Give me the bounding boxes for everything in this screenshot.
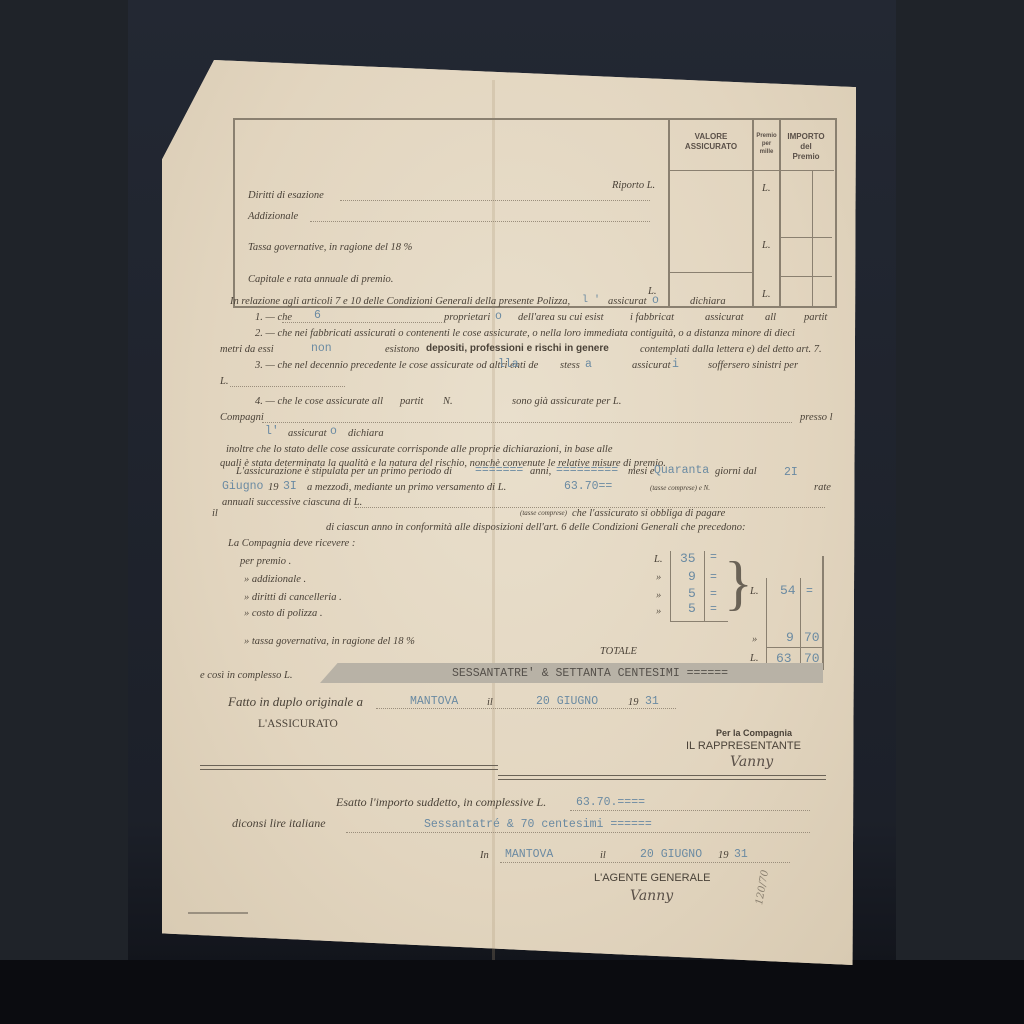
period-il: il [212, 508, 218, 519]
col-divider [812, 170, 813, 306]
fill-line [570, 810, 810, 811]
period-month-fill: Giugno [222, 480, 263, 493]
box-line [704, 551, 705, 621]
item3-fill1: lla [498, 358, 519, 371]
row-divider [780, 276, 832, 277]
diritti-cents: = [710, 588, 717, 601]
double-rule [200, 765, 498, 770]
header-valore-assicurato: VALOREASSICURATO [672, 132, 750, 152]
receipt-year-prefix: 19 [718, 850, 729, 861]
fill-line [230, 386, 345, 387]
printer-imprint [188, 912, 248, 914]
label-assicurat: assicurat [608, 296, 647, 307]
item1-fill2: o [495, 310, 502, 323]
item3-stess: stess [560, 360, 580, 371]
fill-line [346, 832, 810, 833]
premio-value: 35 [680, 551, 696, 566]
breakdown-tassa: » tassa governativa, in ragione del 18 % [244, 636, 415, 647]
fill-line [262, 422, 792, 423]
marker: » [656, 572, 661, 583]
rappresentante-signature: Vanny [730, 754, 773, 770]
item2-bold: depositi, professioni e rischi in genere [426, 343, 609, 354]
marker: L. [750, 653, 758, 664]
addizionale-cents: = [710, 571, 717, 584]
period-rate: rate [814, 482, 831, 493]
in-words-label: e così in complesso L. [200, 670, 292, 681]
period-ciascun-anno: di ciascun anno in conformità alle dispo… [326, 522, 745, 533]
item4-presso: presso l [800, 412, 833, 423]
item2-text: 2. — che nei fabbricati assicurati o con… [255, 328, 795, 339]
agente-generale-label: L'AGENTE GENERALE [594, 872, 710, 884]
declarations-intro: In relazione agli articoli 7 e 10 delle … [230, 296, 570, 307]
breakdown-premio: per premio . [240, 556, 291, 567]
period-text: L'assicurazione è stipulata per un primo… [236, 466, 452, 477]
item3-l: L. [220, 376, 228, 387]
per-compagnia-label: Per la Compagnia [716, 728, 792, 738]
dotted-leader [310, 221, 650, 222]
addizionale-value: 9 [688, 569, 696, 584]
premio-cents: = [710, 551, 717, 564]
breakdown-diritti: » diritti di cancelleria . [244, 592, 342, 603]
item3-sinistri: soffersero sinistri per [708, 360, 798, 371]
receipt-city: MANTOVA [505, 848, 553, 861]
fill-l: l ' [582, 295, 600, 306]
item1-fabbricat: i fabbricat [630, 312, 674, 323]
item1-assicurat: assicurat [705, 312, 744, 323]
receipt-il: il [600, 850, 606, 861]
amount-in-words: SESSANTATRE' & SETTANTA CENTESIMI ====== [452, 667, 728, 680]
item1-fill: 6 [314, 309, 321, 322]
item2-contemplati: contemplati dalla lettera e) del detto a… [640, 344, 822, 355]
item4-n: N. [443, 396, 453, 407]
row-addizionale: Addizionale [248, 211, 298, 222]
row-tassa-governative: Tassa governative, in ragione del 18 % [248, 242, 412, 253]
marker: » [656, 590, 661, 601]
period-versamento-fill: 63.70== [564, 480, 612, 493]
assicurato-label: L'ASSICURATO [258, 718, 338, 730]
header-importo-premio: IMPORTOdelPremio [781, 132, 831, 162]
box-line [800, 578, 801, 670]
item4-compagni: Compagni [220, 412, 264, 423]
breakdown-addizionale: » addizionale . [244, 574, 306, 585]
dotted-leader [340, 200, 650, 201]
item3-fill2: a [585, 358, 592, 371]
marker: » [656, 606, 661, 617]
fill-line [500, 862, 790, 863]
item2-esistono: esistono [385, 344, 419, 355]
period-mesi: mesi e [628, 466, 655, 477]
signing-city: MANTOVA [410, 695, 458, 708]
item2-fill-non: non [311, 342, 332, 355]
currency-l: L. [762, 289, 770, 300]
col-divider [668, 118, 670, 306]
item4-assicurat: assicurat [288, 428, 327, 439]
item4-inoltre: inoltre che lo stato delle cose assicura… [226, 444, 613, 455]
row-diritti-esazione: Diritti di esazione [248, 190, 324, 201]
item4-fill: l' [265, 425, 279, 438]
signing-il: il [487, 697, 493, 708]
currency-l: L. [762, 240, 770, 251]
period-giorni: giorni dal [715, 466, 757, 477]
table-surface [0, 960, 1024, 1024]
fill-o: o [652, 294, 659, 307]
box-line [670, 621, 728, 622]
diconsi-label: diconsi lire italiane [232, 816, 326, 831]
item3-text: 3. — che nel decennio precedente le cose… [255, 360, 538, 371]
label-dichiara: dichiara [690, 296, 726, 307]
period-day-fill: 2I [784, 466, 798, 479]
rappresentante-label: IL RAPPRESENTANTE [686, 740, 801, 752]
period-tasse: (tasse comprese) e N. [650, 484, 710, 492]
item1-area: dell'area su cui esist [518, 312, 604, 323]
item3-fill3: i [672, 358, 679, 371]
fill-line [282, 322, 442, 323]
esatto-value: 63.70.==== [576, 796, 645, 809]
period-obbliga: che l'assicurato si obbliga di pagare [572, 508, 725, 519]
signing-year: 31 [645, 695, 659, 708]
tax-cents: 70 [804, 630, 820, 645]
period-mezzodi: a mezzodì, mediante un primo versamento … [307, 482, 506, 493]
costo-cents: = [710, 603, 717, 616]
marker: L. [654, 554, 662, 565]
marker: L. [750, 586, 758, 597]
riporto-label: Riporto L. [612, 180, 655, 191]
agente-signature: Vanny [630, 888, 673, 904]
total-label: TOTALE [600, 646, 637, 657]
marker: » [752, 634, 757, 645]
diconsi-value: Sessantatré & 70 centesimi ====== [424, 818, 652, 831]
box-line [766, 578, 767, 670]
fatto-label: Fatto in duplo originale a [228, 694, 363, 710]
double-rule [498, 775, 826, 780]
signing-year-prefix: 19 [628, 697, 639, 708]
diritti-value: 5 [688, 586, 696, 601]
row-divider [780, 237, 832, 238]
period-tasse2: (tasse comprese) [520, 509, 567, 517]
period-year-prefix: 19 [268, 482, 279, 493]
receipt-date: 20 GIUGNO [640, 848, 702, 861]
breakdown-costo: » costo di polizza . [244, 608, 322, 619]
item4-partit: partit [400, 396, 423, 407]
row-divider [670, 272, 752, 273]
box-line [822, 556, 824, 670]
period-anni-fill: ======= [475, 464, 523, 477]
box-line [670, 551, 671, 621]
receipt-year: 31 [734, 848, 748, 861]
item4-dichiara: dichiara [348, 428, 384, 439]
period-annuali: annuali successive ciascuna di L. [222, 497, 362, 508]
costo-value: 5 [688, 601, 696, 616]
row-capitale-rata: Capitale e rata annuale di premio. [248, 274, 393, 285]
item4-fill2: o [330, 425, 337, 438]
period-year-fill: 3I [283, 480, 297, 493]
item4-assicurate-per: sono già assicurate per L. [512, 396, 621, 407]
breakdown-heading: La Compagnia deve ricevere : [228, 538, 355, 549]
esatto-label: Esatto l'importo suddetto, in complessiv… [336, 795, 546, 810]
box-line [766, 647, 823, 648]
subtotal-value: 54 [780, 583, 796, 598]
item1-all: all [765, 312, 776, 323]
tax-value: 9 [786, 630, 794, 645]
receipt-in-label: In [480, 850, 489, 861]
period-giorni-fill: Quaranta [654, 464, 709, 477]
period-mesi-fill: ========= [556, 464, 618, 477]
header-premio-per-mille: Premiopermille [754, 132, 779, 156]
period-anni: anni, [530, 466, 551, 477]
item3-assicurat: assicurat [632, 360, 671, 371]
subtotal-cents: = [806, 585, 813, 598]
item1-proprietari: proprietari [444, 312, 490, 323]
signing-date: 20 GIUGNO [536, 695, 598, 708]
item2-metri: metri da essi [220, 344, 274, 355]
item1-partit: partit [804, 312, 827, 323]
fill-line [376, 708, 676, 709]
item4-text: 4. — che le cose assicurate all [255, 396, 383, 407]
currency-l: L. [762, 183, 770, 194]
header-divider [668, 170, 834, 171]
brace-icon: } [724, 548, 753, 618]
